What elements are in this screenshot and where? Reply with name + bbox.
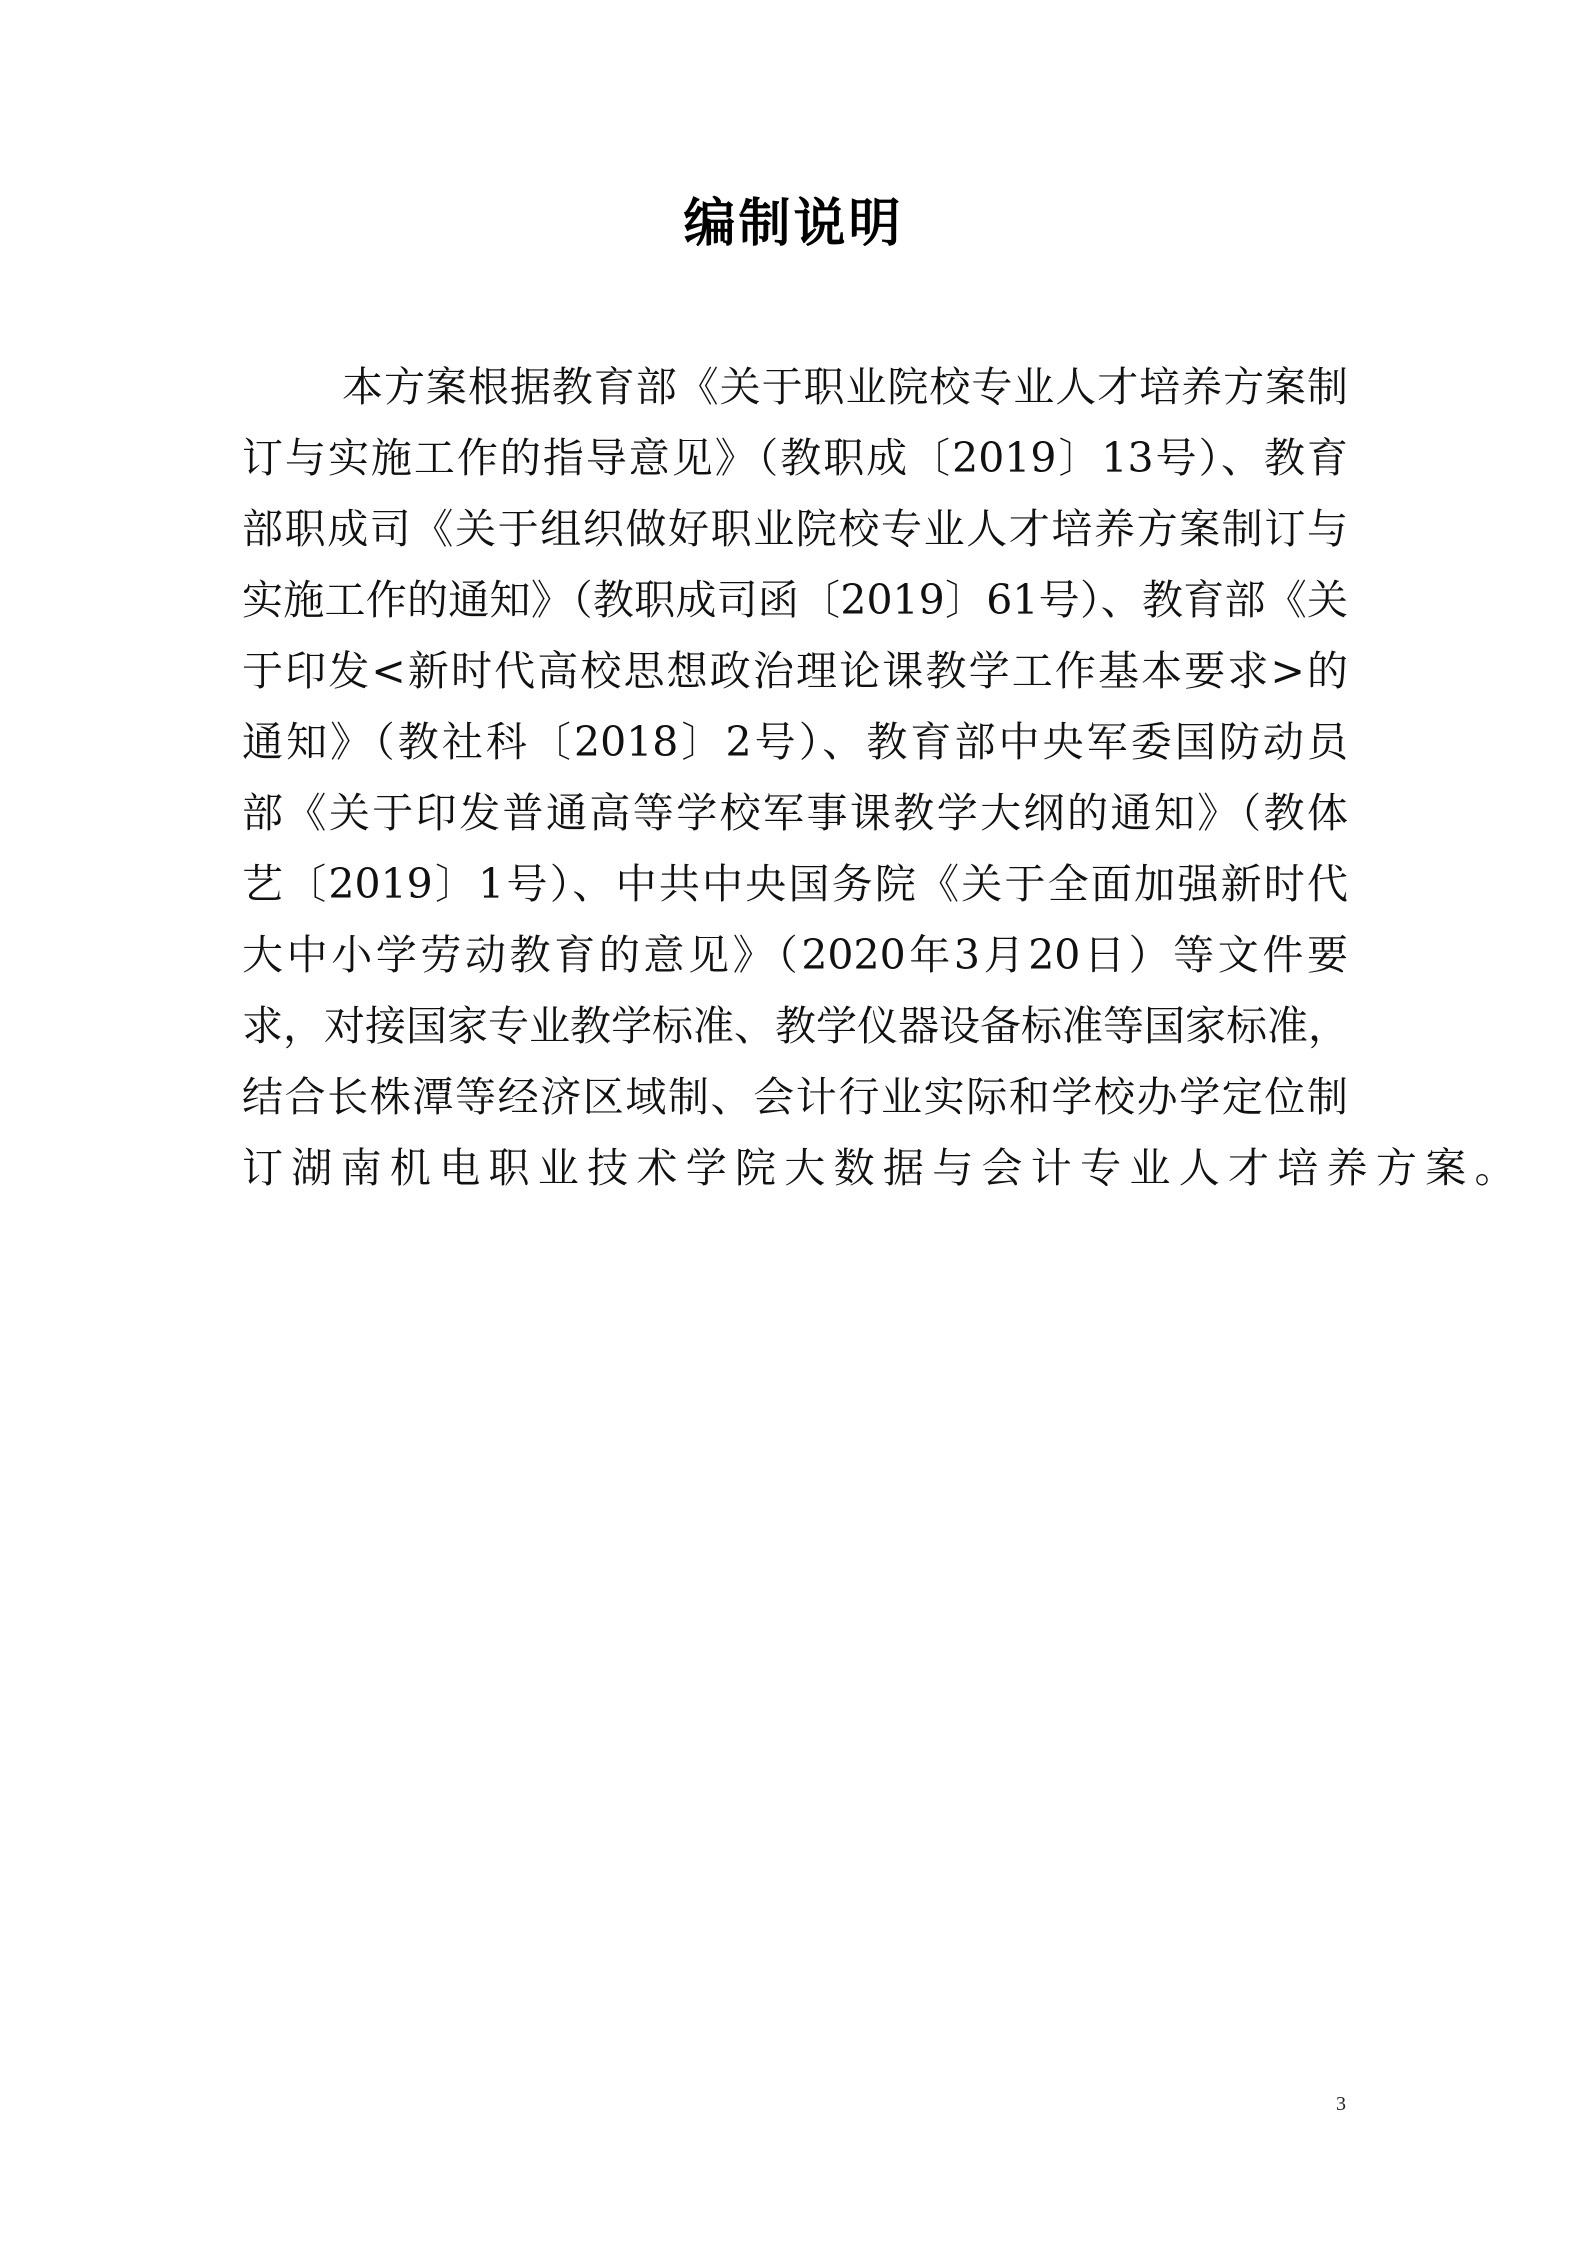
paragraph-line: 本方案根据教育部《关于职业院校专业人才培养方案制: [242, 352, 1348, 423]
paragraph-line: 订与实施工作的指导意见》（教职成〔2019〕13号）、教育: [242, 423, 1348, 494]
paragraph-line: 实施工作的通知》（教职成司函〔2019〕61号）、教育部《关: [242, 565, 1348, 636]
paragraph-line: 大中小学劳动教育的意见》（2020年3月20日）等文件要: [242, 920, 1348, 991]
paragraph-line: 通知》（教社科〔2018〕2号）、教育部中央军委国防动员: [242, 707, 1348, 778]
page-title: 编制说明: [0, 192, 1587, 256]
paragraph-line: 部《关于印发普通高等学校军事课教学大纲的通知》（教体: [242, 778, 1348, 849]
body-paragraph: 本方案根据教育部《关于职业院校专业人才培养方案制 订与实施工作的指导意见》（教职…: [242, 352, 1348, 1204]
page-number: 3: [1336, 2092, 1346, 2116]
paragraph-line: 求，对接国家专业教学标准、教学仪器设备标准等国家标准，: [242, 991, 1348, 1062]
paragraph-line: 艺〔2019〕1号）、中共中央国务院《关于全面加强新时代: [242, 849, 1348, 920]
paragraph-line: 于印发<新时代高校思想政治理论课教学工作基本要求>的: [242, 636, 1348, 707]
paragraph-line: 订湖南机电职业技术学院大数据与会计专业人才培养方案。: [242, 1133, 1348, 1204]
document-page: 编制说明 本方案根据教育部《关于职业院校专业人才培养方案制 订与实施工作的指导意…: [0, 0, 1587, 2245]
paragraph-line: 结合长株潭等经济区域制、会计行业实际和学校办学定位制: [242, 1062, 1348, 1133]
paragraph-line: 部职成司《关于组织做好职业院校专业人才培养方案制订与: [242, 494, 1348, 565]
